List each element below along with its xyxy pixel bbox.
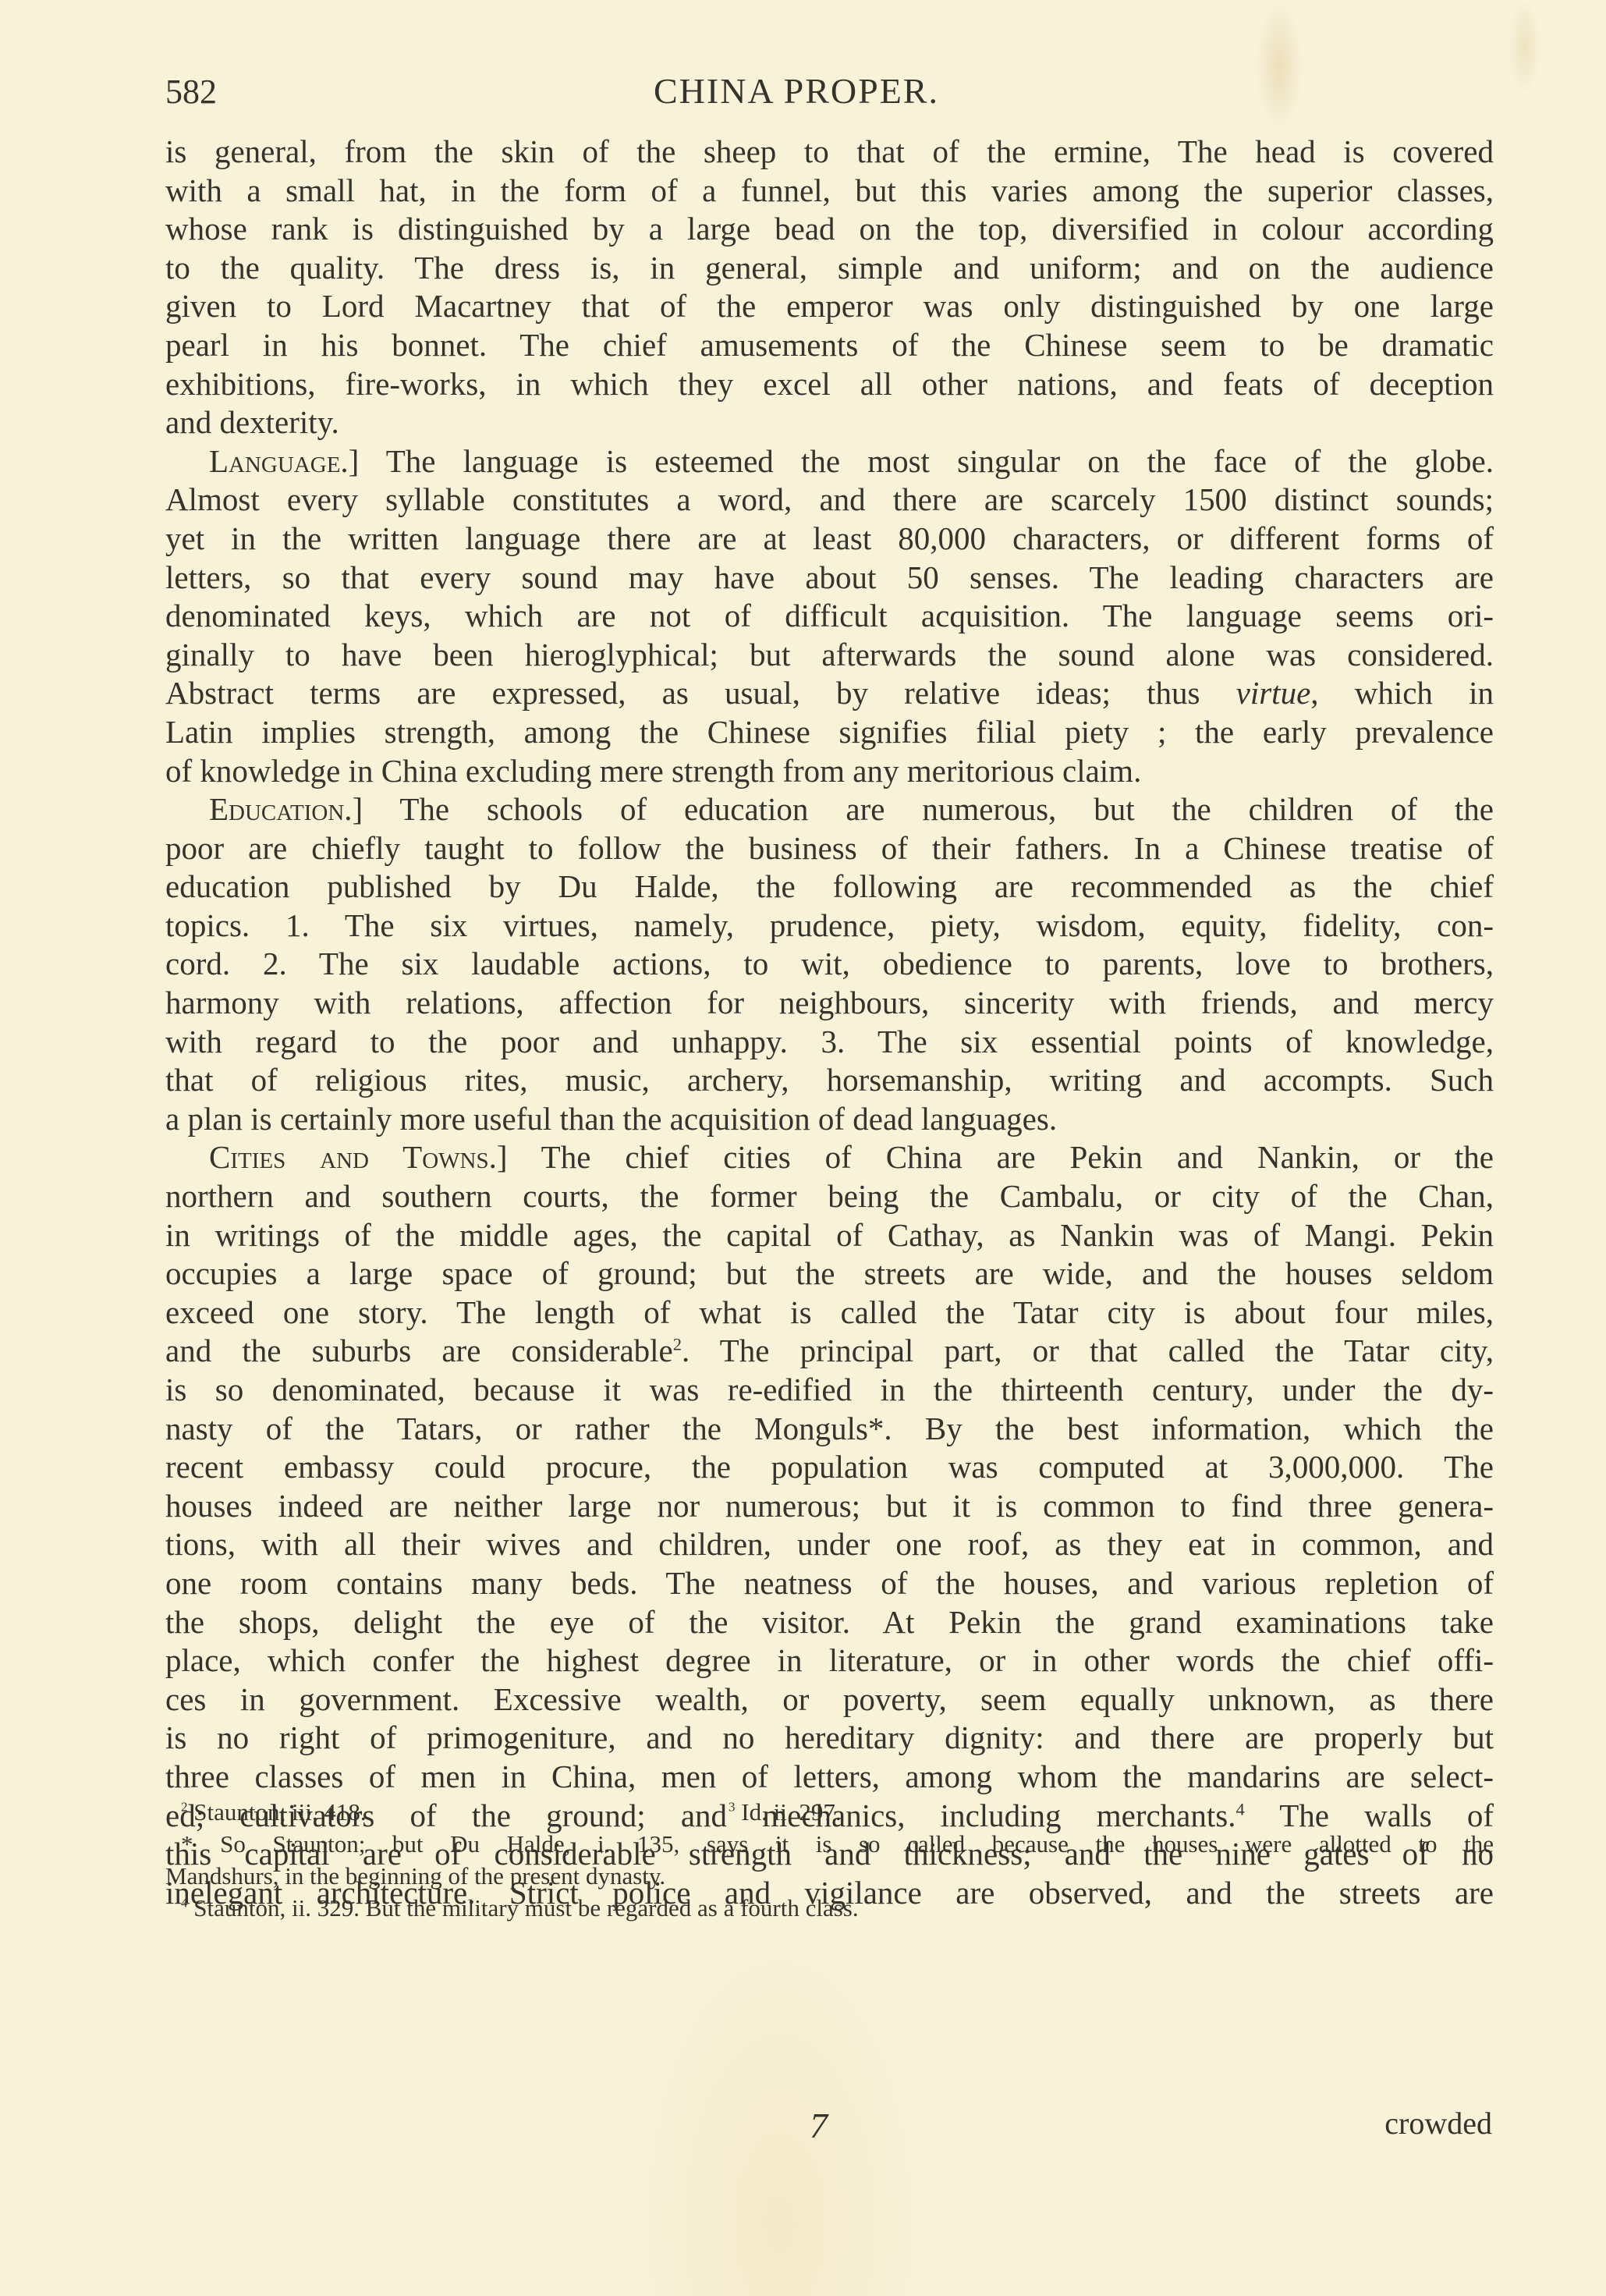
text-line: the shops, delight the eye of the visito… [165, 1603, 1494, 1642]
text-line: is general, from the skin of the sheep t… [165, 133, 1494, 172]
text-line: whose rank is distinguished by a large b… [165, 210, 1494, 249]
text-line: with a small hat, in the form of a funne… [165, 172, 1494, 211]
text-line: that of religious rites, music, archery,… [165, 1061, 1494, 1100]
text-line: nasty of the Tatars, or rather the Mongu… [165, 1410, 1494, 1449]
page-header: 582 CHINA PROPER. [165, 72, 1494, 119]
footnotes: 2 Staunton, iii. 418. 3 Id. ii. 297. * S… [181, 1796, 1494, 1924]
text-line: occupies a large space of ground; but th… [165, 1254, 1494, 1293]
text-line: poor are chiefly taught to follow the bu… [165, 829, 1494, 868]
footnote-2: 2 Staunton, iii. 418. [181, 1796, 729, 1828]
text-line: northern and southern courts, the former… [165, 1177, 1494, 1216]
footnote-4: 4 Staunton, ii. 329. But the military mu… [181, 1892, 1494, 1924]
section-heading-education: Education.] [209, 791, 363, 827]
text-line: tions, with all their wives and children… [165, 1525, 1494, 1564]
text-line: Almost every syllable constitutes a word… [165, 481, 1494, 520]
text-line: place, which confer the highest degree i… [165, 1641, 1494, 1680]
text-line: ces in government. Excessive wealth, or … [165, 1680, 1494, 1719]
section-heading-cities: Cities and Towns.] [209, 1139, 507, 1175]
text-line: and dexterity. [165, 403, 1494, 442]
text-line: in writings of the middle ages, the capi… [165, 1216, 1494, 1255]
text-line: a plan is certainly more useful than the… [165, 1100, 1494, 1139]
signature-mark: 7 [810, 2105, 828, 2146]
text-line: topics. 1. The six virtues, namely, prud… [165, 907, 1494, 946]
text-line: denominated keys, which are not of diffi… [165, 597, 1494, 636]
text-line: Latin implies strength, among the Chines… [165, 713, 1494, 752]
text-line: exhibitions, fire-works, in which they e… [165, 365, 1494, 404]
text-line: cord. 2. The six laudable actions, to wi… [165, 945, 1494, 984]
section-education-first-line: Education.] The schools of education are… [165, 790, 1494, 829]
text-line: three classes of men in China, men of le… [165, 1758, 1494, 1797]
text-line: pearl in his bonnet. The chief amusement… [165, 326, 1494, 365]
italic-term: virtue [1236, 675, 1311, 711]
text-line: is no right of primogeniture, and no her… [165, 1719, 1494, 1758]
footnote-row: 2 Staunton, iii. 418. 3 Id. ii. 297. [181, 1796, 1494, 1828]
text-line: education published by Du Halde, the fol… [165, 868, 1494, 907]
footnote-3: 3 Id. ii. 297. [729, 1796, 842, 1828]
text-line: of knowledge in China excluding mere str… [165, 752, 1494, 791]
section-cities-first-line: Cities and Towns.] The chief cities of C… [165, 1138, 1494, 1177]
footnote-star-continuation: Mandshurs, in the beginning of the prese… [165, 1860, 1494, 1892]
catchword: crowded [1384, 2105, 1492, 2142]
text-line: recent embassy could procure, the popula… [165, 1448, 1494, 1487]
text-line: ginally to have been hieroglyphical; but… [165, 636, 1494, 675]
page-number: 582 [165, 72, 217, 112]
text-line: harmony with relations, affection for ne… [165, 984, 1494, 1023]
text-line: is so denominated, because it was re-edi… [165, 1371, 1494, 1410]
section-language-first-line: Language.] The language is esteemed the … [165, 442, 1494, 481]
text-line: given to Lord Macartney that of the empe… [165, 287, 1494, 326]
running-title: CHINA PROPER. [654, 70, 939, 112]
text-line: Abstract terms are expressed, as usual, … [165, 674, 1494, 713]
footnote-ref-2[interactable]: 2 [673, 1335, 682, 1354]
text-line: with regard to the poor and unhappy. 3. … [165, 1023, 1494, 1062]
text-line: letters, so that every sound may have ab… [165, 559, 1494, 598]
text-line: and the suburbs are considerable2. The p… [165, 1332, 1494, 1371]
text-line: houses indeed are neither large nor nume… [165, 1487, 1494, 1526]
text-line: yet in the written language there are at… [165, 520, 1494, 559]
text-line: exceed one story. The length of what is … [165, 1293, 1494, 1333]
text-line: one room contains many beds. The neatnes… [165, 1564, 1494, 1603]
text-line: to the quality. The dress is, in general… [165, 249, 1494, 288]
footnote-star: * So Staunton; but Du Halde, i. 135, say… [181, 1828, 1494, 1860]
body-text: is general, from the skin of the sheep t… [165, 133, 1494, 1912]
section-heading-language: Language.] [209, 443, 359, 479]
